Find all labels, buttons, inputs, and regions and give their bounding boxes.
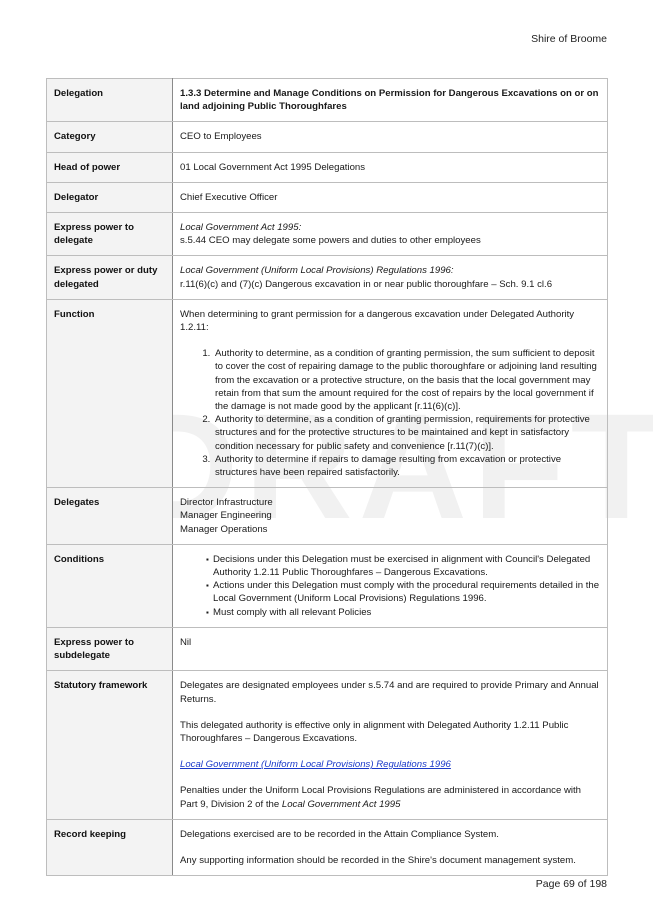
- delegation-title: 1.3.3 Determine and Manage Conditions on…: [173, 79, 608, 122]
- express-power-to-delegate-value: Local Government Act 1995: s.5.44 CEO ma…: [173, 213, 608, 256]
- function-item: Authority to determine, as a condition o…: [213, 347, 600, 413]
- condition-item: Decisions under this Delegation must be …: [213, 553, 600, 579]
- row-delegation: Delegation 1.3.3 Determine and Manage Co…: [47, 79, 608, 122]
- condition-item: Actions under this Delegation must compl…: [213, 579, 600, 605]
- row-statutory-framework: Statutory framework Delegates are design…: [47, 671, 608, 819]
- statutory-link-para: Local Government (Uniform Local Provisio…: [180, 758, 600, 771]
- delegate-item: Manager Engineering: [180, 509, 600, 522]
- function-item: Authority to determine if repairs to dam…: [213, 453, 600, 479]
- row-category: Category CEO to Employees: [47, 122, 608, 152]
- row-express-power-to-delegate: Express power to delegate Local Governme…: [47, 213, 608, 256]
- label-express-power-to-delegate: Express power to delegate: [47, 213, 173, 256]
- row-delegator: Delegator Chief Executive Officer: [47, 182, 608, 212]
- header-organisation: Shire of Broome: [531, 33, 607, 45]
- record-para: Delegations exercised are to be recorded…: [180, 828, 600, 841]
- label-express-power-delegated: Express power or duty delegated: [47, 256, 173, 299]
- label-record-keeping: Record keeping: [47, 819, 173, 875]
- statutory-para: Penalties under the Uniform Local Provis…: [180, 784, 600, 810]
- regulation-text: r.11(6)(c) and (7)(c) Dangerous excavati…: [180, 278, 600, 291]
- label-category: Category: [47, 122, 173, 152]
- label-delegation: Delegation: [47, 79, 173, 122]
- record-keeping-value: Delegations exercised are to be recorded…: [173, 819, 608, 875]
- delegator-value: Chief Executive Officer: [173, 182, 608, 212]
- row-conditions: Conditions Decisions under this Delegati…: [47, 544, 608, 627]
- label-express-power-subdelegate: Express power to subdelegate: [47, 627, 173, 670]
- row-function: Function When determining to grant permi…: [47, 299, 608, 487]
- function-item: Authority to determine, as a condition o…: [213, 413, 600, 453]
- label-delegator: Delegator: [47, 182, 173, 212]
- conditions-value: Decisions under this Delegation must be …: [173, 544, 608, 627]
- record-para: Any supporting information should be rec…: [180, 854, 600, 867]
- page-number: Page 69 of 198: [536, 878, 607, 890]
- label-conditions: Conditions: [47, 544, 173, 627]
- function-list: Authority to determine, as a condition o…: [180, 347, 600, 479]
- express-power-delegated-value: Local Government (Uniform Local Provisio…: [173, 256, 608, 299]
- label-head-of-power: Head of power: [47, 152, 173, 182]
- row-express-power-delegated: Express power or duty delegated Local Go…: [47, 256, 608, 299]
- row-express-power-subdelegate: Express power to subdelegate Nil: [47, 627, 608, 670]
- delegate-item: Director Infrastructure: [180, 496, 600, 509]
- delegation-table: Delegation 1.3.3 Determine and Manage Co…: [46, 78, 608, 876]
- act-reference: Local Government Act 1995: [282, 799, 401, 810]
- head-of-power-value: 01 Local Government Act 1995 Delegations: [173, 152, 608, 182]
- conditions-list: Decisions under this Delegation must be …: [180, 553, 600, 619]
- row-delegates: Delegates Director Infrastructure Manage…: [47, 488, 608, 545]
- section-text: s.5.44 CEO may delegate some powers and …: [180, 234, 600, 247]
- condition-item: Must comply with all relevant Policies: [213, 606, 600, 619]
- delegate-item: Manager Operations: [180, 523, 600, 536]
- label-delegates: Delegates: [47, 488, 173, 545]
- function-intro: When determining to grant permission for…: [180, 308, 600, 334]
- row-head-of-power: Head of power 01 Local Government Act 19…: [47, 152, 608, 182]
- act-name: Local Government Act 1995:: [180, 221, 600, 234]
- row-record-keeping: Record keeping Delegations exercised are…: [47, 819, 608, 875]
- regulation-name: Local Government (Uniform Local Provisio…: [180, 264, 600, 277]
- statutory-para: Delegates are designated employees under…: [180, 679, 600, 705]
- function-value: When determining to grant permission for…: [173, 299, 608, 487]
- subdelegate-value: Nil: [173, 627, 608, 670]
- label-function: Function: [47, 299, 173, 487]
- label-statutory-framework: Statutory framework: [47, 671, 173, 819]
- delegates-value: Director Infrastructure Manager Engineer…: [173, 488, 608, 545]
- statutory-framework-value: Delegates are designated employees under…: [173, 671, 608, 819]
- statutory-para: This delegated authority is effective on…: [180, 719, 600, 745]
- category-value: CEO to Employees: [173, 122, 608, 152]
- regulations-link[interactable]: Local Government (Uniform Local Provisio…: [180, 759, 451, 770]
